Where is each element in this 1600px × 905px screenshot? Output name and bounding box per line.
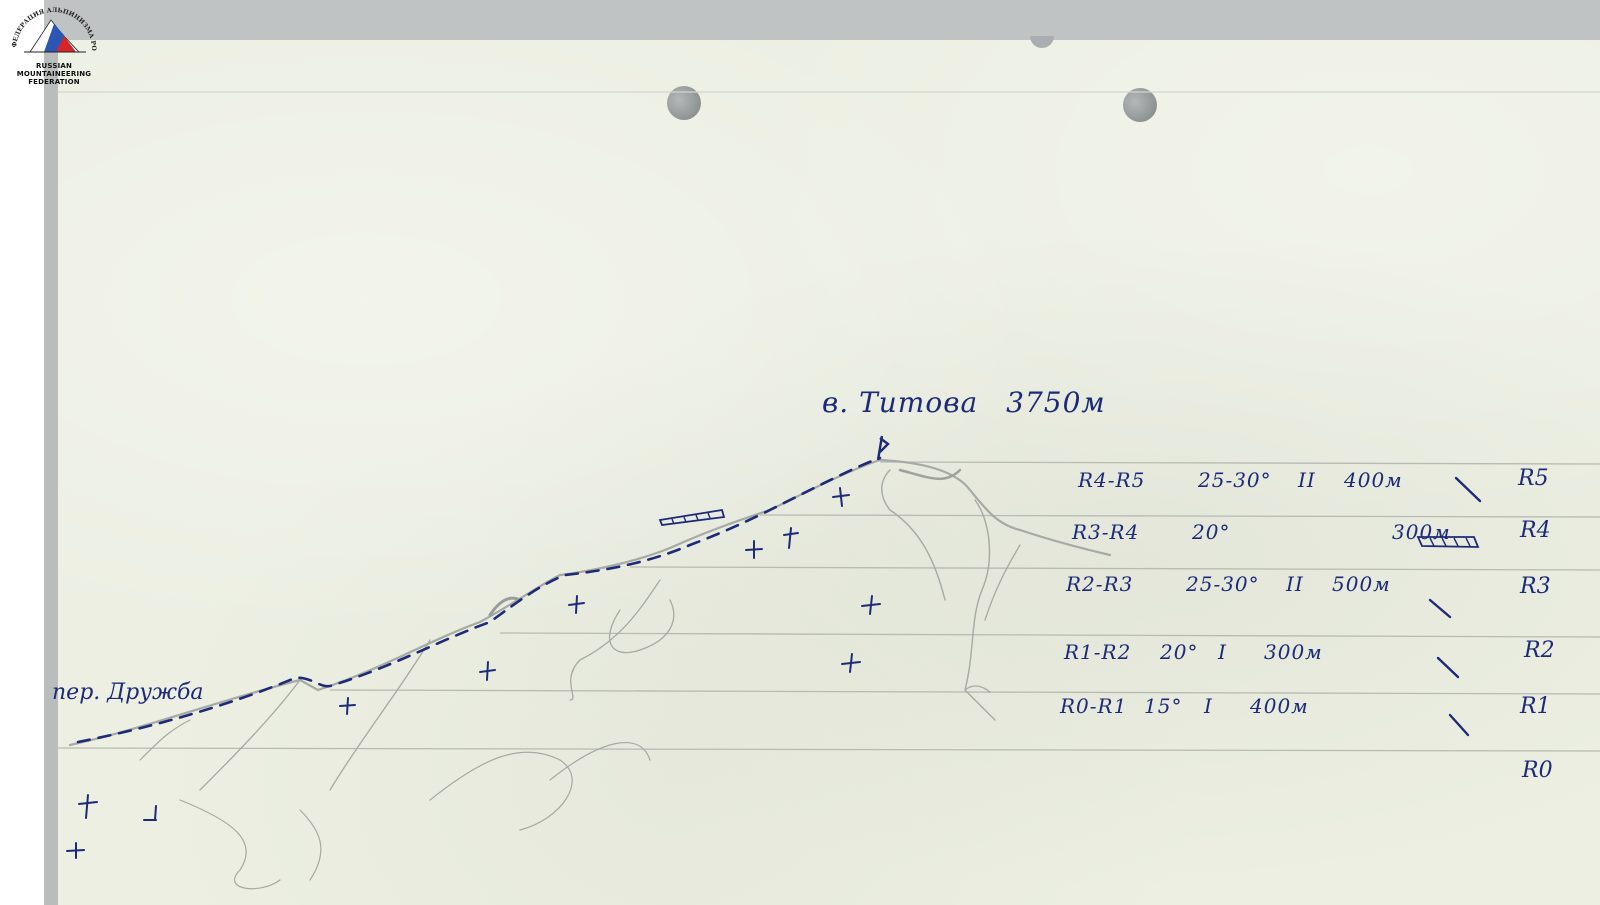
- waypoint-label: R0: [1522, 758, 1553, 783]
- peak-name: в. Титова: [822, 386, 978, 419]
- segment-length: 300м: [1264, 640, 1354, 664]
- cross-marker-icon: [67, 843, 84, 858]
- ruled-lines: [58, 92, 1600, 751]
- waypoint-label: R4: [1520, 518, 1551, 543]
- waypoint-label: R3: [1520, 574, 1551, 599]
- segment-length: 400м: [1250, 694, 1340, 718]
- summit-flag-icon: [878, 436, 888, 460]
- segment-grade: II: [1286, 572, 1332, 596]
- corner-marker-icon: [144, 806, 156, 820]
- route-segment-row: R2-R325-30°II500м: [1066, 572, 1422, 596]
- cross-marker-icon: [340, 698, 355, 714]
- cross-marker-icon: [569, 596, 584, 613]
- cross-markers: [67, 488, 880, 858]
- segment-angle: 20°: [1160, 640, 1218, 664]
- segment-range: R2-R3: [1066, 572, 1186, 596]
- route-segment-row: R0-R115°I400м: [1060, 694, 1340, 718]
- cross-marker-icon: [480, 662, 495, 680]
- slope-line-icon: [1450, 715, 1468, 735]
- segment-grade: I: [1218, 640, 1264, 664]
- segment-length: 400м: [1344, 468, 1434, 492]
- route-segment-row: R1-R220°I300м: [1064, 640, 1354, 664]
- route-segment-row: R4-R525-30°II400м: [1078, 468, 1434, 492]
- cross-marker-icon: [833, 488, 849, 506]
- waypoint-label: R5: [1518, 466, 1549, 491]
- slope-line-icon: [1456, 478, 1480, 501]
- segment-range: R1-R2: [1064, 640, 1160, 664]
- segment-length: 300м: [1392, 520, 1482, 544]
- peak-elevation: 3750м: [1006, 386, 1105, 419]
- pass-label: пер. Дружба: [52, 680, 204, 705]
- hatched-ridge-icon: [660, 510, 724, 525]
- route-profile-sketch: [0, 0, 1600, 905]
- pencil-ridge: [70, 460, 1110, 889]
- waypoint-label: R1: [1520, 694, 1551, 719]
- segment-range: R3-R4: [1072, 520, 1192, 544]
- segment-length: 500м: [1332, 572, 1422, 596]
- segment-angle: 20°: [1192, 520, 1292, 544]
- route-segment-row: R3-R420°300м: [1072, 520, 1482, 544]
- cross-marker-icon: [842, 654, 860, 672]
- segment-angle: 15°: [1144, 694, 1204, 718]
- cross-marker-icon: [746, 541, 762, 558]
- cross-marker-icon: [79, 795, 97, 818]
- segment-angle: 25-30°: [1198, 468, 1298, 492]
- slope-line-icon: [1430, 600, 1450, 617]
- waypoint-label: R2: [1524, 638, 1555, 663]
- slope-line-icon: [1438, 658, 1458, 677]
- cross-marker-icon: [784, 528, 798, 548]
- cross-marker-icon: [862, 596, 880, 614]
- segment-grade: I: [1204, 694, 1250, 718]
- peak-label: в. Титова 3750м: [822, 386, 1106, 419]
- segment-range: R0-R1: [1060, 694, 1144, 718]
- segment-range: R4-R5: [1078, 468, 1198, 492]
- segment-grade: II: [1298, 468, 1344, 492]
- segment-angle: 25-30°: [1186, 572, 1286, 596]
